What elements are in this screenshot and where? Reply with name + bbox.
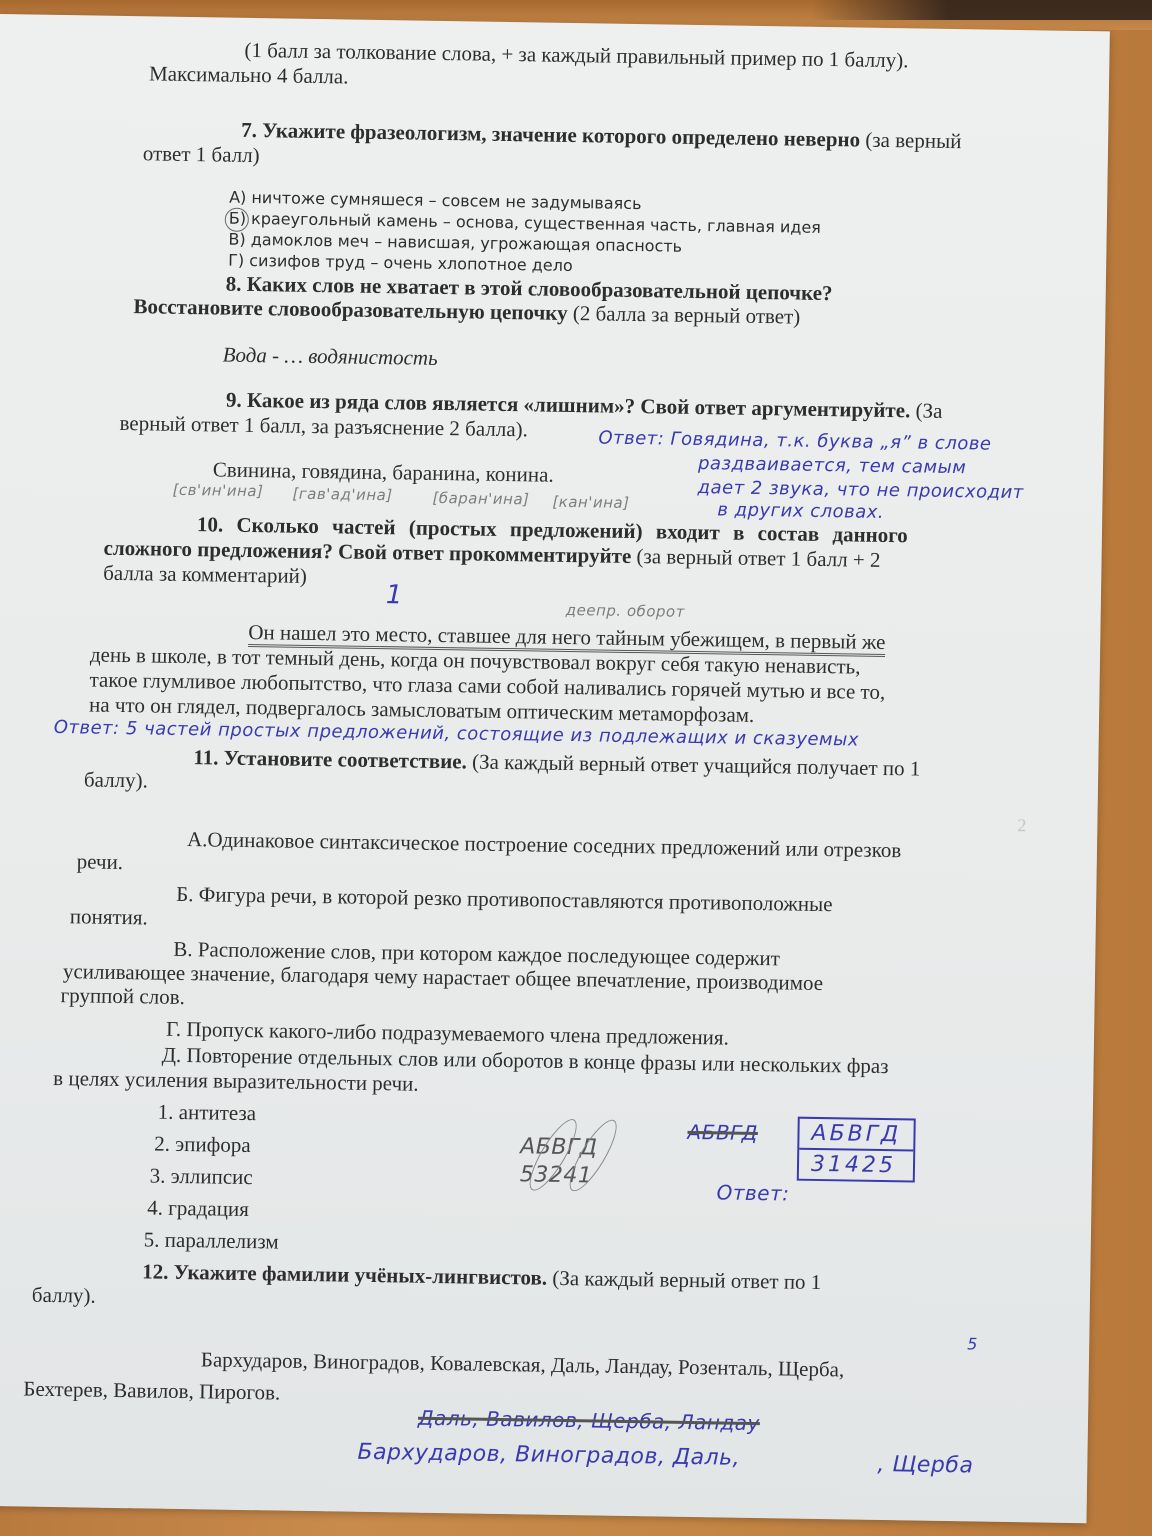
- transcription-3: [баран'ина]: [432, 489, 529, 509]
- definition-b-cont: понятия.: [70, 904, 148, 930]
- crossed-answer: Даль, Вавилов, Щерба, Ландау: [418, 1406, 760, 1435]
- q12-names-line1: Бархударов, Виноградов, Ковалевская, Дал…: [201, 1347, 845, 1382]
- worksheet-page: (1 балл за толкование слова, + за каждый…: [0, 14, 1110, 1523]
- q9-points: верный ответ 1 балл, за разъяснение 2 ба…: [119, 411, 528, 442]
- part-mark-1: 1: [386, 580, 404, 610]
- definition-b: Б. Фигура речи, в которой резко противоп…: [176, 882, 833, 917]
- crossed-draft-2: АБВГД: [687, 1120, 758, 1145]
- q10-points: балла за комментарий): [103, 561, 307, 589]
- q9-answer-line2: раздваивается, тем самым: [698, 453, 967, 478]
- q9-answer-line1: Ответ: Говядина, т.к. буква „я” в слове: [598, 427, 991, 454]
- q8-chain: Вода - … водянистость: [222, 343, 437, 371]
- term-5: 5. параллелизм: [144, 1227, 279, 1254]
- q11-points: баллу).: [84, 767, 148, 793]
- q12-points: баллу).: [32, 1283, 96, 1309]
- transcription-4: [кан'ина]: [552, 493, 629, 512]
- q7-title: 7. Укажите фразеологизм, значение которо…: [241, 118, 860, 152]
- q9-words: Свинина, говядина, баранина, конина.: [213, 457, 554, 487]
- margin-note: деепр. оборот: [566, 601, 686, 621]
- bleed-through-mark: 2: [1017, 815, 1026, 836]
- q7-option-g: Г) сизифов труд – очень хлопотное дело: [228, 251, 573, 275]
- transcription-2: [гав'ад'ина]: [292, 485, 392, 505]
- score-mark: 5: [967, 1334, 978, 1353]
- points-note-max: Максимально 4 балла.: [149, 61, 349, 89]
- definition-a-cont: речи.: [76, 849, 123, 875]
- final-answer-b: , Щерба: [877, 1452, 973, 1479]
- definition-d-cont: в целях усиления выразительности речи.: [53, 1066, 419, 1097]
- term-1: 1. антитеза: [158, 1100, 257, 1127]
- q7-points: (за верный: [865, 128, 961, 154]
- answer-label: Ответ:: [716, 1180, 789, 1205]
- q7-heading: 7. Укажите фразеологизм, значение которо…: [241, 118, 962, 154]
- definition-v-cont2: группой слов.: [60, 983, 185, 1010]
- term-3: 3. эллипсис: [150, 1163, 253, 1190]
- q7-points-cont: ответ 1 балл): [143, 141, 260, 168]
- q12-heading: 12. Укажите фамилии учёных-лингвистов. (…: [142, 1259, 821, 1295]
- answer-table: АБВГД 31425: [797, 1117, 916, 1183]
- definition-a: А.Одинаковое синтаксическое построение с…: [187, 827, 902, 863]
- final-answer-a: Бархударов, Виноградов, Даль,: [357, 1440, 740, 1471]
- term-4: 4. градация: [147, 1195, 249, 1222]
- q12-names-line2: Бехтерев, Вавилов, Пирогов.: [23, 1377, 280, 1406]
- q11-heading: 11. Установите соответствие. (За каждый …: [193, 745, 920, 781]
- transcription-1: [св'ин'ина]: [172, 481, 263, 500]
- answer-letters: АБВГД: [799, 1119, 913, 1152]
- q9-answer-line4: в других словах.: [717, 499, 884, 523]
- answer-numbers: 31425: [799, 1150, 913, 1181]
- term-2: 2. эпифора: [154, 1132, 251, 1159]
